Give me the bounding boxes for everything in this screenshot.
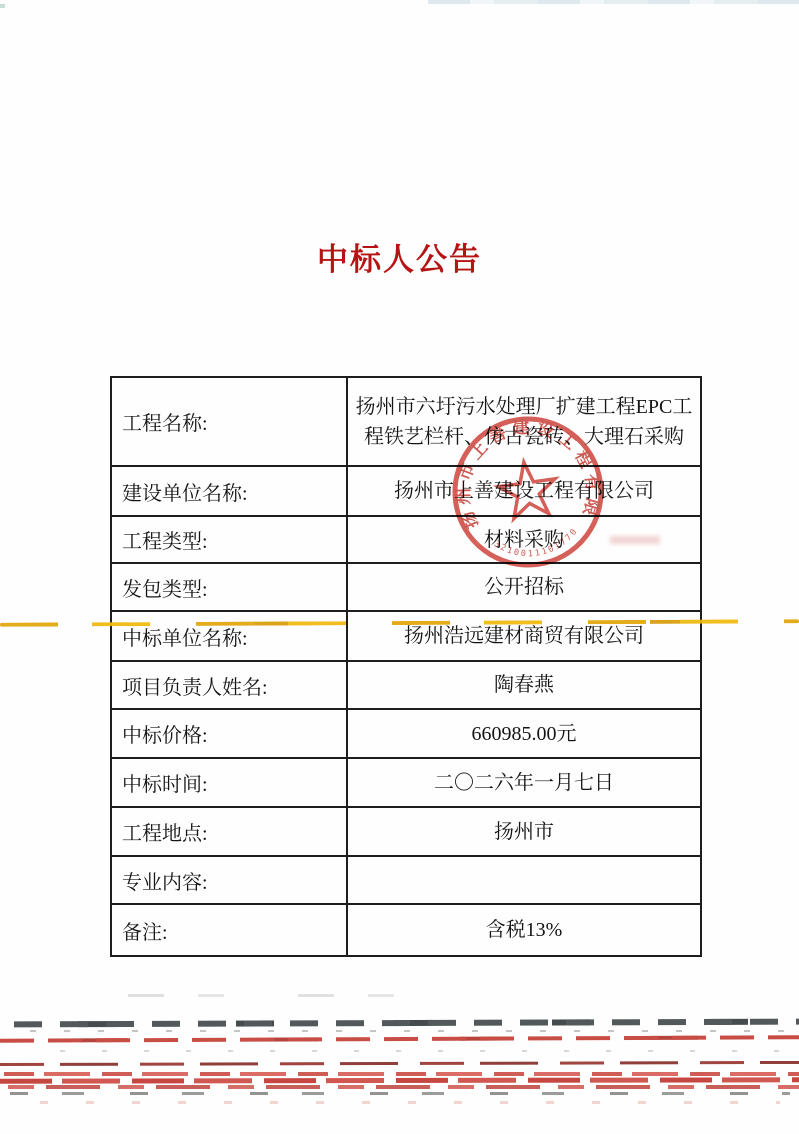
scan-artifact-red-streak (0, 1035, 799, 1042)
table-row-project-location: 工程地点: 扬州市 (111, 807, 701, 856)
scan-artifact-dark-streak (14, 1019, 799, 1028)
scan-artifact-red-band-2 (0, 1077, 799, 1083)
row-label: 工程名称: (111, 377, 347, 466)
row-label: 中标单位名称: (111, 611, 347, 661)
row-label: 建设单位名称: (111, 466, 347, 516)
row-value: 扬州市 (347, 807, 701, 856)
scan-artifact-top-dot (0, 4, 5, 8)
company-seal-stamp: 扬州市上善建设工程有限公司 3210011101770 (438, 402, 619, 583)
table-row-winner-name: 中标单位名称: 扬州浩远建材商贸有限公司 (111, 611, 701, 661)
scan-artifact-red-band-1 (4, 1072, 799, 1076)
row-label: 中标价格: (111, 709, 347, 758)
table-row-manager-name: 项目负责人姓名: 陶春燕 (111, 661, 701, 709)
table-row-remarks: 备注: 含税13% (111, 904, 701, 956)
row-label: 工程地点: (111, 807, 347, 856)
scan-artifact-faint-red-specks (40, 1101, 780, 1104)
scan-artifact-gray-specks (30, 1030, 790, 1032)
scan-artifact-dark-dashes (10, 1092, 790, 1095)
table-row-owner-name: 建设单位名称: 扬州市上善建设工程有限公司 (111, 466, 701, 516)
row-label: 专业内容: (111, 856, 347, 904)
row-label: 备注: (111, 904, 347, 956)
row-value: 扬州浩远建材商贸有限公司 (347, 611, 701, 661)
table-row-bid-date: 中标时间: 二〇二六年一月七日 (111, 758, 701, 807)
table-row-bid-price: 中标价格: 660985.00元 (111, 709, 701, 758)
announcement-table: 工程名称: 扬州市六圩污水处理厂扩建工程EPC工程铁艺栏杆、仿古瓷砖、大理石采购… (110, 376, 702, 957)
row-label: 发包类型: (111, 563, 347, 611)
row-value: 陶春燕 (347, 661, 701, 709)
row-value: 含税13% (347, 904, 701, 956)
table-row-tender-type: 发包类型: 公开招标 (111, 563, 701, 611)
table-row-specialty-content: 专业内容: (111, 856, 701, 904)
table-row-project-name: 工程名称: 扬州市六圩污水处理厂扩建工程EPC工程铁艺栏杆、仿古瓷砖、大理石采购 (111, 377, 701, 466)
scan-artifact-top-streak (428, 0, 799, 4)
scan-artifact-gray-specks-2 (60, 1050, 780, 1052)
row-value (347, 856, 701, 904)
row-value: 660985.00元 (347, 709, 701, 758)
row-label: 工程类型: (111, 516, 347, 563)
page-title: 中标人公告 (0, 234, 799, 279)
seal-star-icon (496, 458, 560, 520)
scan-artifact-red-band-3 (8, 1085, 799, 1089)
row-label: 中标时间: (111, 758, 347, 807)
row-value: 二〇二六年一月七日 (347, 758, 701, 807)
scanned-document-page: 中标人公告 工程名称: 扬州市六圩污水处理厂扩建工程EPC工程铁艺栏杆、仿古瓷砖… (0, 0, 799, 1134)
scan-artifact-faint-gray-dashes (128, 994, 448, 997)
scan-artifact-dark-red-line (0, 1061, 799, 1066)
row-label: 项目负责人姓名: (111, 661, 347, 709)
